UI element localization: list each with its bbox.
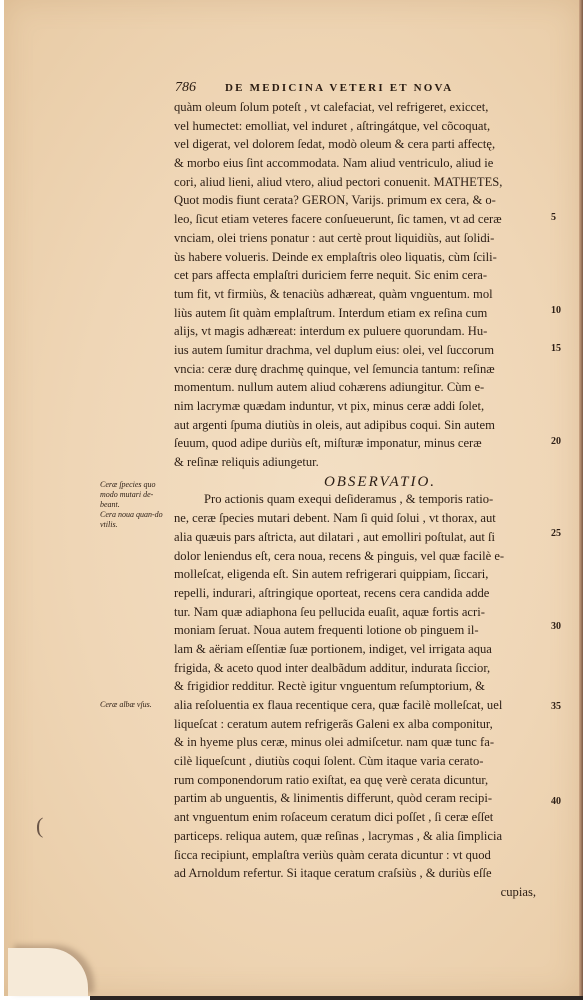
text-line: lam & aëriam eſſentiæ ſuæ portionem, ind…	[174, 640, 536, 659]
line-number: 35	[551, 701, 561, 712]
text-line: ad Arnoldum refertur. Si itaque ceratum …	[174, 864, 536, 883]
line-number: 5	[551, 212, 556, 223]
line-number: 40	[551, 796, 561, 807]
text-line: cilè liqueſcunt , diutiùs coqui ſolent. …	[174, 752, 536, 771]
text-line: ſicca recipiunt, emplaſtra veriùs quàm c…	[174, 846, 536, 865]
text-line: vel digerat, vel dolorem ſedat, modò ole…	[174, 135, 536, 154]
line-number: 20	[551, 436, 561, 447]
text-line: & morbo eius ſint accommodata. Nam aliud…	[174, 154, 536, 173]
text-line: aut argenti ſpuma diutiùs in oleis, aut …	[174, 416, 536, 435]
page-header: 786 DE MEDICINA VETERI ET NOVA	[175, 80, 540, 96]
text-line: Pro actionis quam exequi deſideramus , &…	[174, 490, 536, 509]
page-edge-right	[579, 0, 583, 1000]
margin-note: Cera noua quan-do vtilis.	[100, 510, 172, 530]
text-line: cet pars affecta emplaſtri duriciem ferr…	[174, 266, 536, 285]
text-line: dolor leniendus eſt, cera noua, recens &…	[174, 547, 536, 566]
page-edge-bottom	[90, 996, 583, 1000]
text-line: tum fit, vt firmiùs, & tenaciùs adhæreat…	[174, 285, 536, 304]
page-number: 786	[175, 80, 215, 96]
line-number: 30	[551, 621, 561, 632]
text-line: Quot modis fiunt cerata? GERON, Varijs. …	[174, 191, 536, 210]
page-corner-stain	[8, 948, 88, 996]
line-number: 25	[551, 528, 561, 539]
text-line: repelli, indurari, aſtringique oporteat,…	[174, 584, 536, 603]
text-line: moniam ſeruat. Noua autem frequenti loti…	[174, 621, 536, 640]
text-line: molleſcat, eligenda eſt. Sin autem refri…	[174, 565, 536, 584]
main-text-block: quàm oleum ſolum poteſt , vt calefaciat,…	[174, 98, 536, 902]
text-line: leo, ſicut etiam veteres facere conſueue…	[174, 210, 536, 229]
text-line: ùs habere volueris. Deinde ex emplaſtris…	[174, 248, 536, 267]
text-line: ant vnguentum enim roſaceum ceratum dici…	[174, 808, 536, 827]
text-line: alia quæuis pars aſtricta, aut dilatari …	[174, 528, 536, 547]
text-line: ius autem ſumitur drachma, vel duplum ei…	[174, 341, 536, 360]
text-line: vnciam, olei triens ponatur : aut certè …	[174, 229, 536, 248]
text-line: tur. Nam quæ adiaphona ſeu pellucida eua…	[174, 603, 536, 622]
text-line: alia reſoluentia ex flaua recentique cer…	[174, 696, 536, 715]
text-line: momentum. nullum autem aliud cohærens ad…	[174, 378, 536, 397]
text-line: ſeuum, quod adipe duriùs eſt, miſturæ im…	[174, 434, 536, 453]
text-line: quàm oleum ſolum poteſt , vt calefaciat,…	[174, 98, 536, 117]
margin-note: Ceræ albæ vſus.	[100, 700, 172, 710]
line-number: 10	[551, 305, 561, 316]
text-line: frigida, & aceto quod inter dealbãdum ad…	[174, 659, 536, 678]
text-line: ne, ceræ ſpecies mutari debent. Nam ſi q…	[174, 509, 536, 528]
margin-note: Ceræ ſpecies quo modo mutari de-beant.	[100, 480, 172, 510]
text-line: particeps. reliqua autem, quæ reſinas , …	[174, 827, 536, 846]
text-line: partim ab unguentis, & linimentis differ…	[174, 789, 536, 808]
text-line: & reſinæ reliquis adiungetur.	[174, 453, 536, 472]
text-line: nim lacrymæ quædam induntur, vt pix, min…	[174, 397, 536, 416]
text-line: & in hyeme plus ceræ, minus olei admiſce…	[174, 733, 536, 752]
margin-pencil-mark: (	[36, 813, 43, 839]
text-line: liqueſcat : ceratum autem refrigerãs Gal…	[174, 715, 536, 734]
text-line: rum componendorum ratio exiſtat, ea quę …	[174, 771, 536, 790]
text-line: vncia: ceræ durę drachmę quinque, vel ſe…	[174, 360, 536, 379]
line-number: 15	[551, 343, 561, 354]
text-line: cori, aliud lieni, aliud vtero, aliud pe…	[174, 173, 536, 192]
text-line: vel humectet: emolliat, vel induret , aſ…	[174, 117, 536, 136]
text-line: alijs, vt magis adhæreat: interdum ex pu…	[174, 322, 536, 341]
section-heading: OBSERVATIO.	[174, 472, 536, 491]
text-line: liùs autem ſit quàm emplaſtrum. Interdum…	[174, 304, 536, 323]
text-line: & frigidior redditur. Rectè igitur vngue…	[174, 677, 536, 696]
catchword: cupias,	[174, 883, 536, 902]
running-title: DE MEDICINA VETERI ET NOVA	[225, 82, 453, 94]
